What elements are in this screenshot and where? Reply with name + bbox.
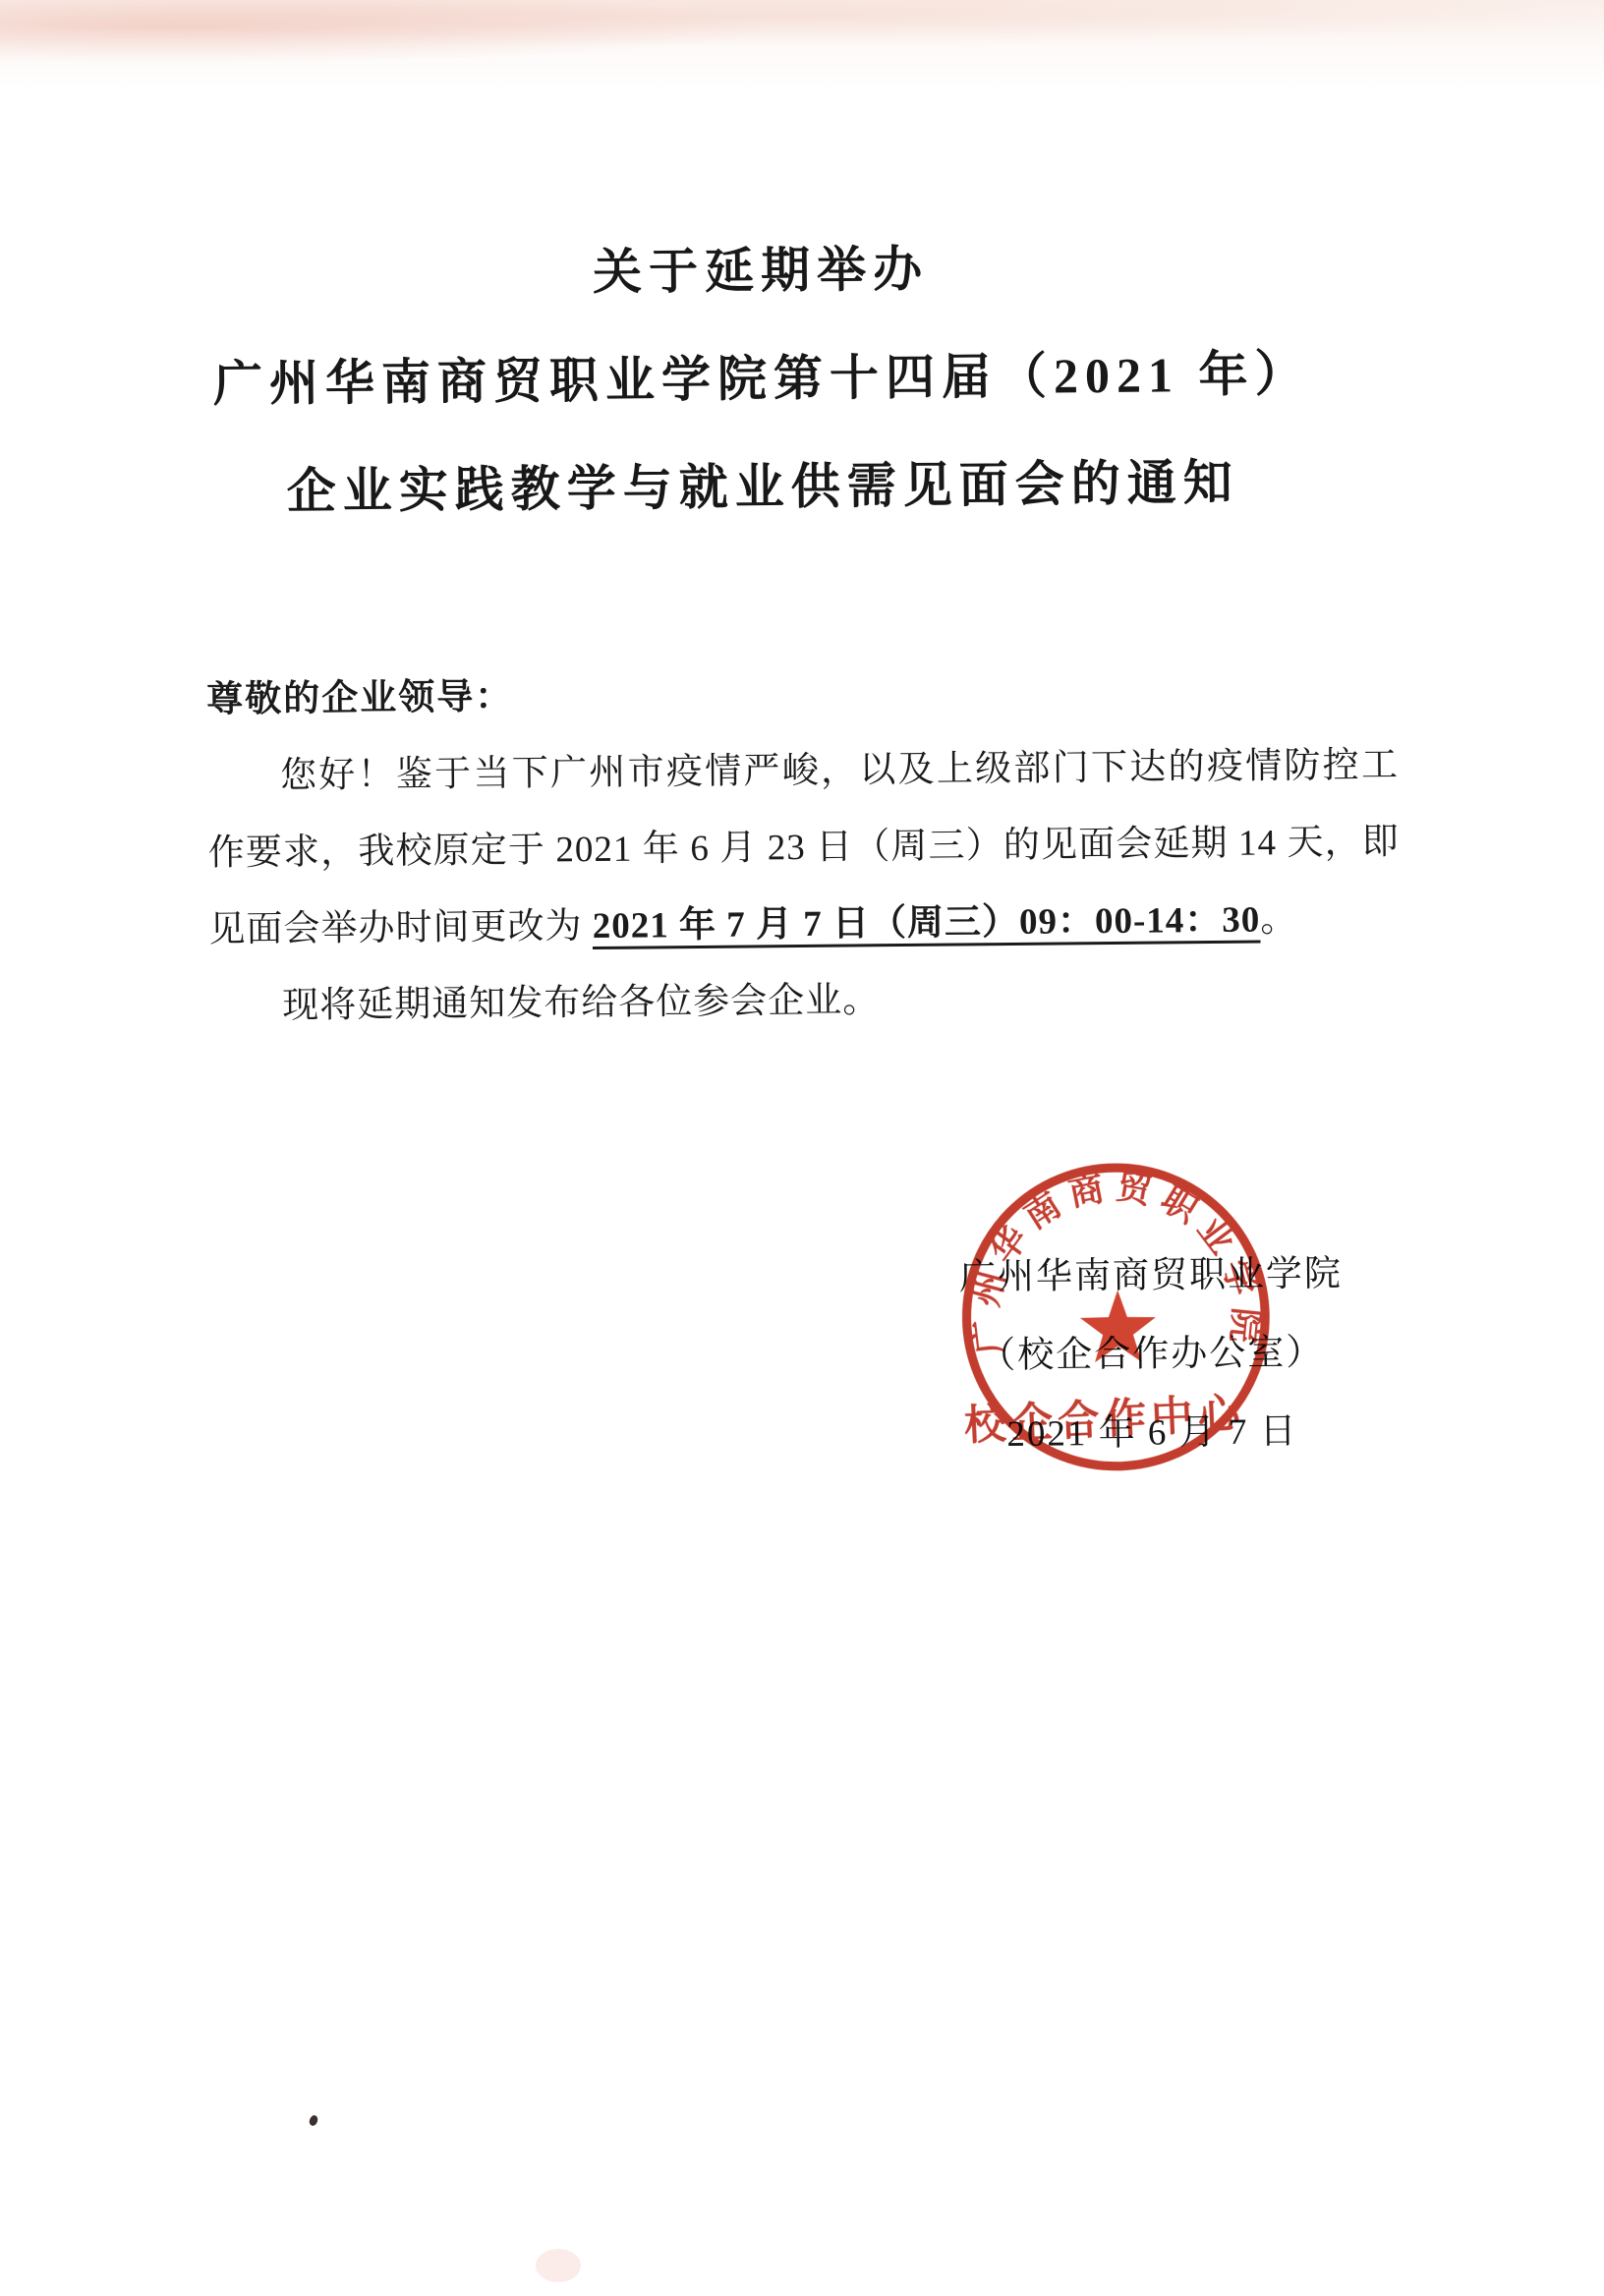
notice-title: 关于延期举办 广州华南商贸职业学院第十四届（2021 年） 企业实践教学与就业供…: [0, 209, 1530, 548]
paragraph-postpone: 您好！鉴于当下广州市疫情严峻，以及上级部门下达的疫情防控工作要求，我校原定于 2…: [207, 727, 1401, 969]
scan-speck-pink: [536, 2249, 581, 2282]
scanned-notice-page: 关于延期举办 广州华南商贸职业学院第十四届（2021 年） 企业实践教学与就业供…: [0, 0, 1604, 2296]
red-star-icon: [1080, 1290, 1157, 1362]
greeting: 尊敬的企业领导：: [206, 651, 1399, 739]
notice-body: 尊敬的企业领导： 您好！鉴于当下广州市疫情严峻，以及上级部门下达的疫情防控工作要…: [206, 651, 1402, 1046]
paragraph-postpone-underlined-date: 2021 年 7 月 7 日（周三）09：00-14：30: [593, 900, 1261, 947]
title-line-2: 广州华南商贸职业学院第十四届（2021 年）: [0, 317, 1529, 440]
title-line-1: 关于延期举办: [0, 209, 1528, 332]
paragraph-postpone-tail: 。: [1260, 899, 1297, 940]
scan-content: 关于延期举办 广州华南商贸职业学院第十四届（2021 年） 企业实践教学与就业供…: [0, 0, 1604, 2296]
paragraph-announce: 现将延期通知发布给各位参会企业。: [209, 957, 1402, 1046]
official-stamp: 广州华南商贸职业学院 校企合作中心: [950, 1151, 1282, 1482]
title-line-3: 企业实践教学与就业供需见面会的通知: [0, 426, 1530, 548]
